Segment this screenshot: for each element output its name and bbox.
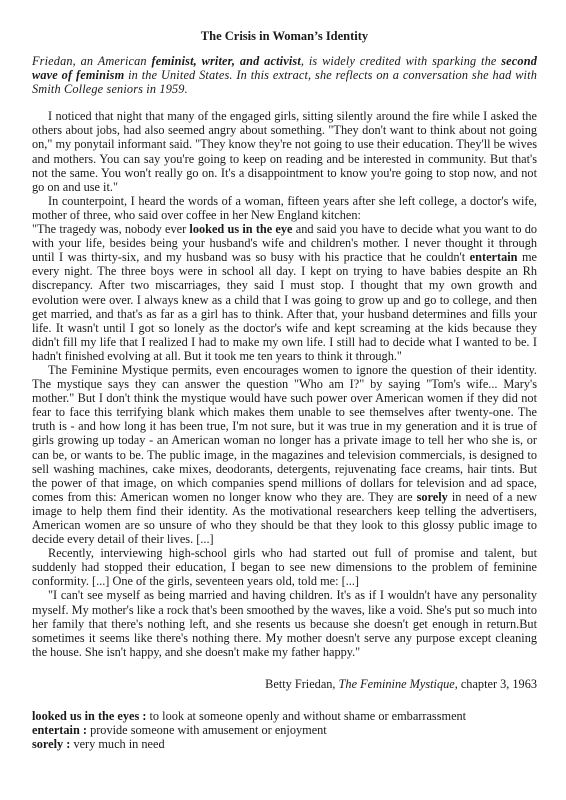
glossary-item: looked us in the eyes : to look at someo… xyxy=(32,709,537,723)
p3-bold-entertain: entertain xyxy=(470,250,518,264)
p3-text-a: "The tragedy was, nobody ever xyxy=(32,222,189,236)
paragraph-1: I noticed that night that many of the en… xyxy=(32,109,537,194)
paragraph-6: "I can't see myself as being married and… xyxy=(32,588,537,658)
document-page: The Crisis in Woman’s Identity Friedan, … xyxy=(32,28,537,751)
p4-bold-sorely: sorely xyxy=(417,490,448,504)
citation-details: , chapter 3, 1963 xyxy=(455,677,537,691)
glossary: looked us in the eyes : to look at someo… xyxy=(32,709,537,751)
glossary-definition: to look at someone openly and without sh… xyxy=(150,709,467,723)
intro-text-2: , is widely credited with sparking the xyxy=(301,54,501,68)
document-title: The Crisis in Woman’s Identity xyxy=(32,28,537,44)
glossary-item: sorely : very much in need xyxy=(32,737,537,751)
glossary-definition: very much in need xyxy=(73,737,164,751)
paragraph-2: In counterpoint, I heard the words of a … xyxy=(32,194,537,222)
body-text: I noticed that night that many of the en… xyxy=(32,109,537,659)
citation: Betty Friedan, The Feminine Mystique, ch… xyxy=(32,677,537,691)
paragraph-3: "The tragedy was, nobody ever looked us … xyxy=(32,222,537,363)
glossary-item: entertain : provide someone with amuseme… xyxy=(32,723,537,737)
p3-text-c: me every night. The three boys were in s… xyxy=(32,250,537,363)
glossary-term: sorely : xyxy=(32,737,73,751)
paragraph-5: Recently, interviewing high-school girls… xyxy=(32,546,537,588)
glossary-definition: provide someone with amusement or enjoym… xyxy=(90,723,327,737)
intro-bold-1: feminist, writer, and activist xyxy=(151,54,300,68)
glossary-term: looked us in the eyes : xyxy=(32,709,150,723)
p3-bold-looked-us-in-the-eye: looked us in the eye xyxy=(189,222,292,236)
intro-paragraph: Friedan, an American feminist, writer, a… xyxy=(32,54,537,96)
citation-book-title: The Feminine Mystique xyxy=(339,677,455,691)
citation-author: Betty Friedan, xyxy=(265,677,338,691)
p4-text-a: The Feminine Mystique permits, even enco… xyxy=(32,363,537,504)
glossary-term: entertain : xyxy=(32,723,90,737)
paragraph-4: The Feminine Mystique permits, even enco… xyxy=(32,363,537,546)
intro-text-1: Friedan, an American xyxy=(32,54,151,68)
